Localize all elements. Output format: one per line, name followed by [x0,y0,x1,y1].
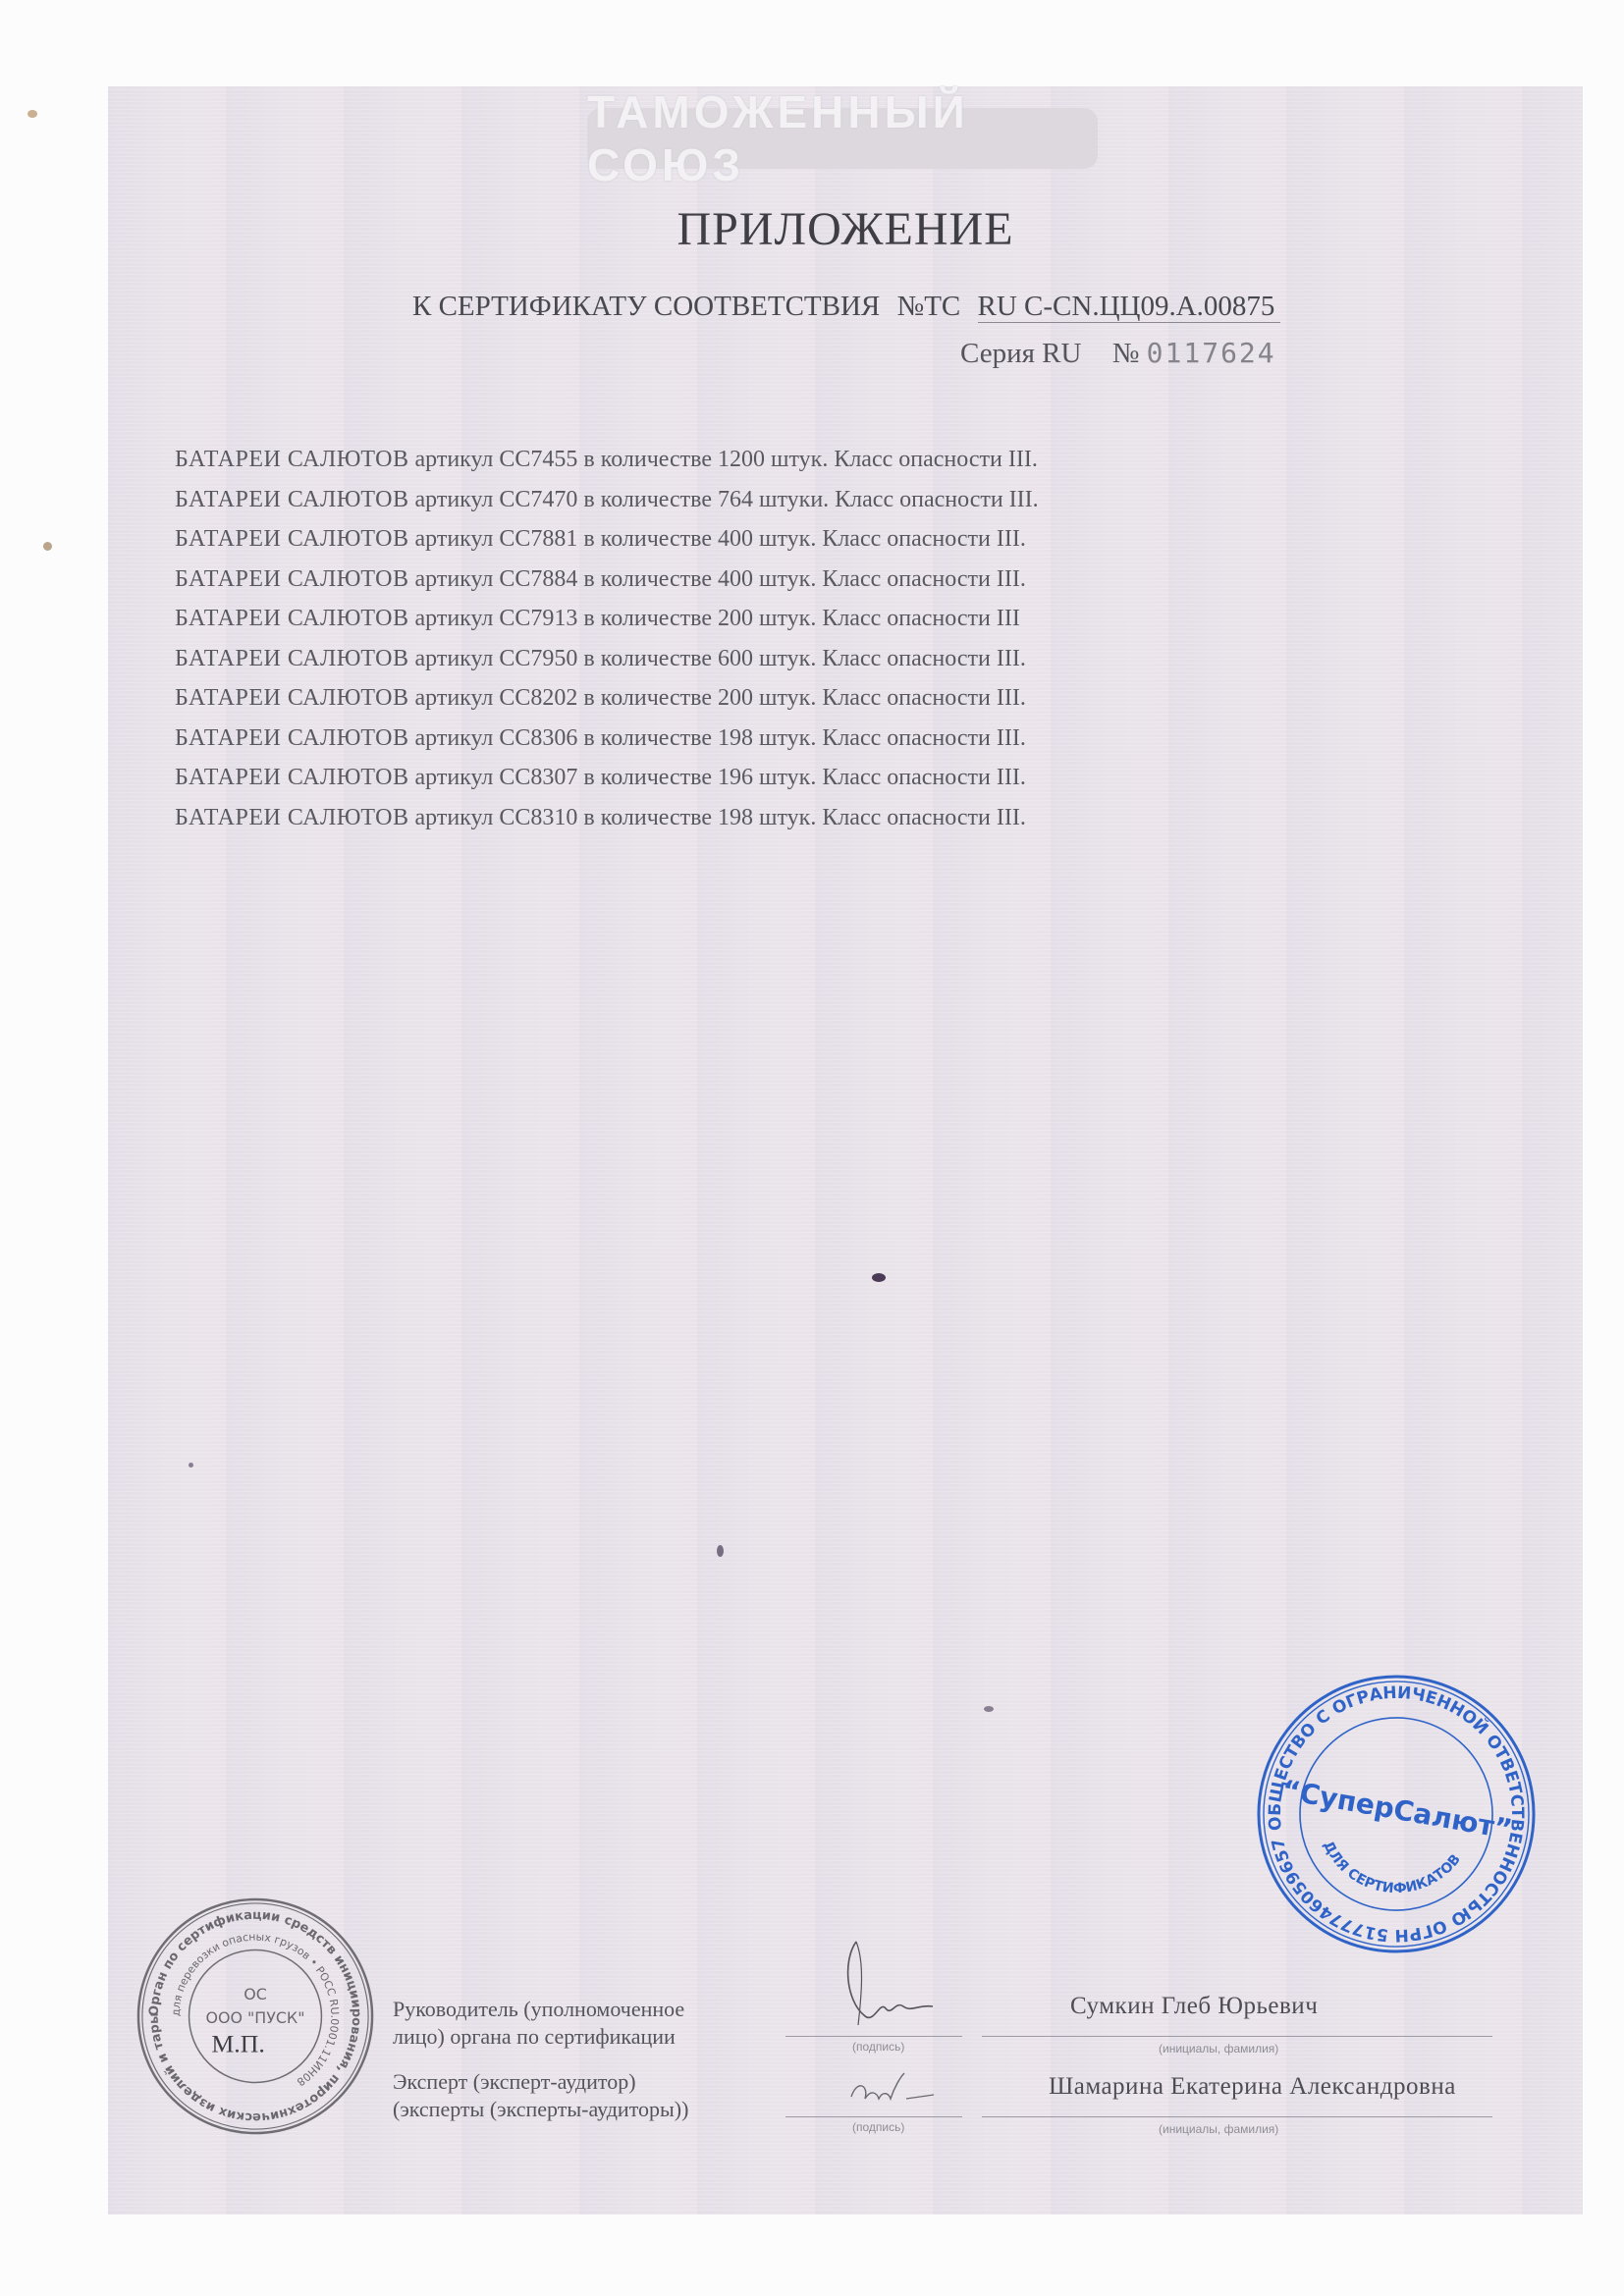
list-item: БАТАРЕИ САЛЮТОВ артикул СС7881 в количес… [175,519,1039,560]
certificate-appendix-sheet: ТАМОЖЕННЫЙ СОЮЗ ПРИЛОЖЕНИЕ К СЕРТИФИКАТУ… [108,86,1583,2215]
head-label-line1: Руководитель (уполномоченное [393,1996,688,2023]
series-line: Серия RU № 0117624 [960,337,1276,370]
stamp-center-top: ОС [244,1985,267,2003]
head-signature [835,1932,972,2040]
expert-name-caption: (инициалы, фамилия) [1159,2122,1278,2136]
expert-label-line2: (эксперты (эксперты-аудиторы)) [393,2096,688,2123]
certificate-prefix: К СЕРТИФИКАТУ СООТВЕТСТВИЯ [412,291,880,322]
list-item: БАТАРЕИ САЛЮТОВ артикул СС7470 в количес… [175,480,1039,520]
head-name-caption: (инициалы, фамилия) [1159,2042,1278,2056]
certificate-number: RU C-CN.ЦЦ09.А.00875 [978,291,1281,323]
stamp-center-name: ООО "ПУСК" [205,2008,304,2027]
expert-signature [839,2050,957,2118]
list-item: БАТАРЕИ САЛЮТОВ артикул СС7455 в количес… [175,440,1039,480]
expert-label-line1: Эксперт (эксперт-аудитор) [393,2068,688,2096]
series-label: Серия RU [960,338,1081,369]
head-signature-line [785,2036,962,2037]
dirt-speck [27,110,37,118]
list-item: БАТАРЕИ САЛЮТОВ артикул СС8306 в количес… [175,719,1039,759]
head-label-line2: лицо) органа по сертификации [393,2023,688,2051]
signatory-labels: Руководитель (уполномоченное лицо) орган… [393,1996,688,2141]
expert-signature-line [785,2116,962,2117]
head-name: Сумкин Глеб Юрьевич [1070,1993,1318,2020]
dirt-speck [43,542,52,551]
product-list: БАТАРЕИ САЛЮТОВ артикул СС7455 в количес… [175,440,1039,837]
certificate-no-label: №ТС [897,291,961,322]
customs-union-emblem: ТАМОЖЕННЫЙ СОЮЗ [587,108,1098,169]
list-item: БАТАРЕИ САЛЮТОВ артикул СС8310 в количес… [175,798,1039,838]
ink-speck [872,1273,886,1282]
certification-body-stamp: Орган по сертификации средств инициирова… [134,1895,377,2138]
expert-name: Шамарина Екатерина Александровна [1049,2073,1456,2101]
ink-speck [717,1545,724,1557]
stamp-company-name: “СуперСалют” [1279,1774,1515,1846]
company-stamp: ОБЩЕСТВО С ОГРАНИЧЕННОЙ ОТВЕТСТВЕННОСТЬЮ… [1230,1648,1563,1981]
series-no-label: № [1112,338,1140,369]
list-item: БАТАРЕИ САЛЮТОВ артикул СС8202 в количес… [175,678,1039,719]
list-item: БАТАРЕИ САЛЮТОВ артикул СС7913 в количес… [175,599,1039,639]
expert-name-line [982,2116,1492,2117]
head-name-line [982,2036,1492,2037]
ink-speck [189,1463,193,1468]
certificate-reference: К СЕРТИФИКАТУ СООТВЕТСТВИЯ №ТС RU C-CN.Ц… [412,291,1280,323]
expert-signature-caption: (подпись) [852,2120,904,2134]
page-title: ПРИЛОЖЕНИЕ [108,202,1583,256]
mp-label: М.П. [211,2030,264,2058]
series-number: 0117624 [1147,337,1276,369]
list-item: БАТАРЕИ САЛЮТОВ артикул СС7884 в количес… [175,560,1039,600]
ink-speck [984,1706,994,1712]
list-item: БАТАРЕИ САЛЮТОВ артикул СС7950 в количес… [175,639,1039,679]
list-item: БАТАРЕИ САЛЮТОВ артикул СС8307 в количес… [175,758,1039,798]
